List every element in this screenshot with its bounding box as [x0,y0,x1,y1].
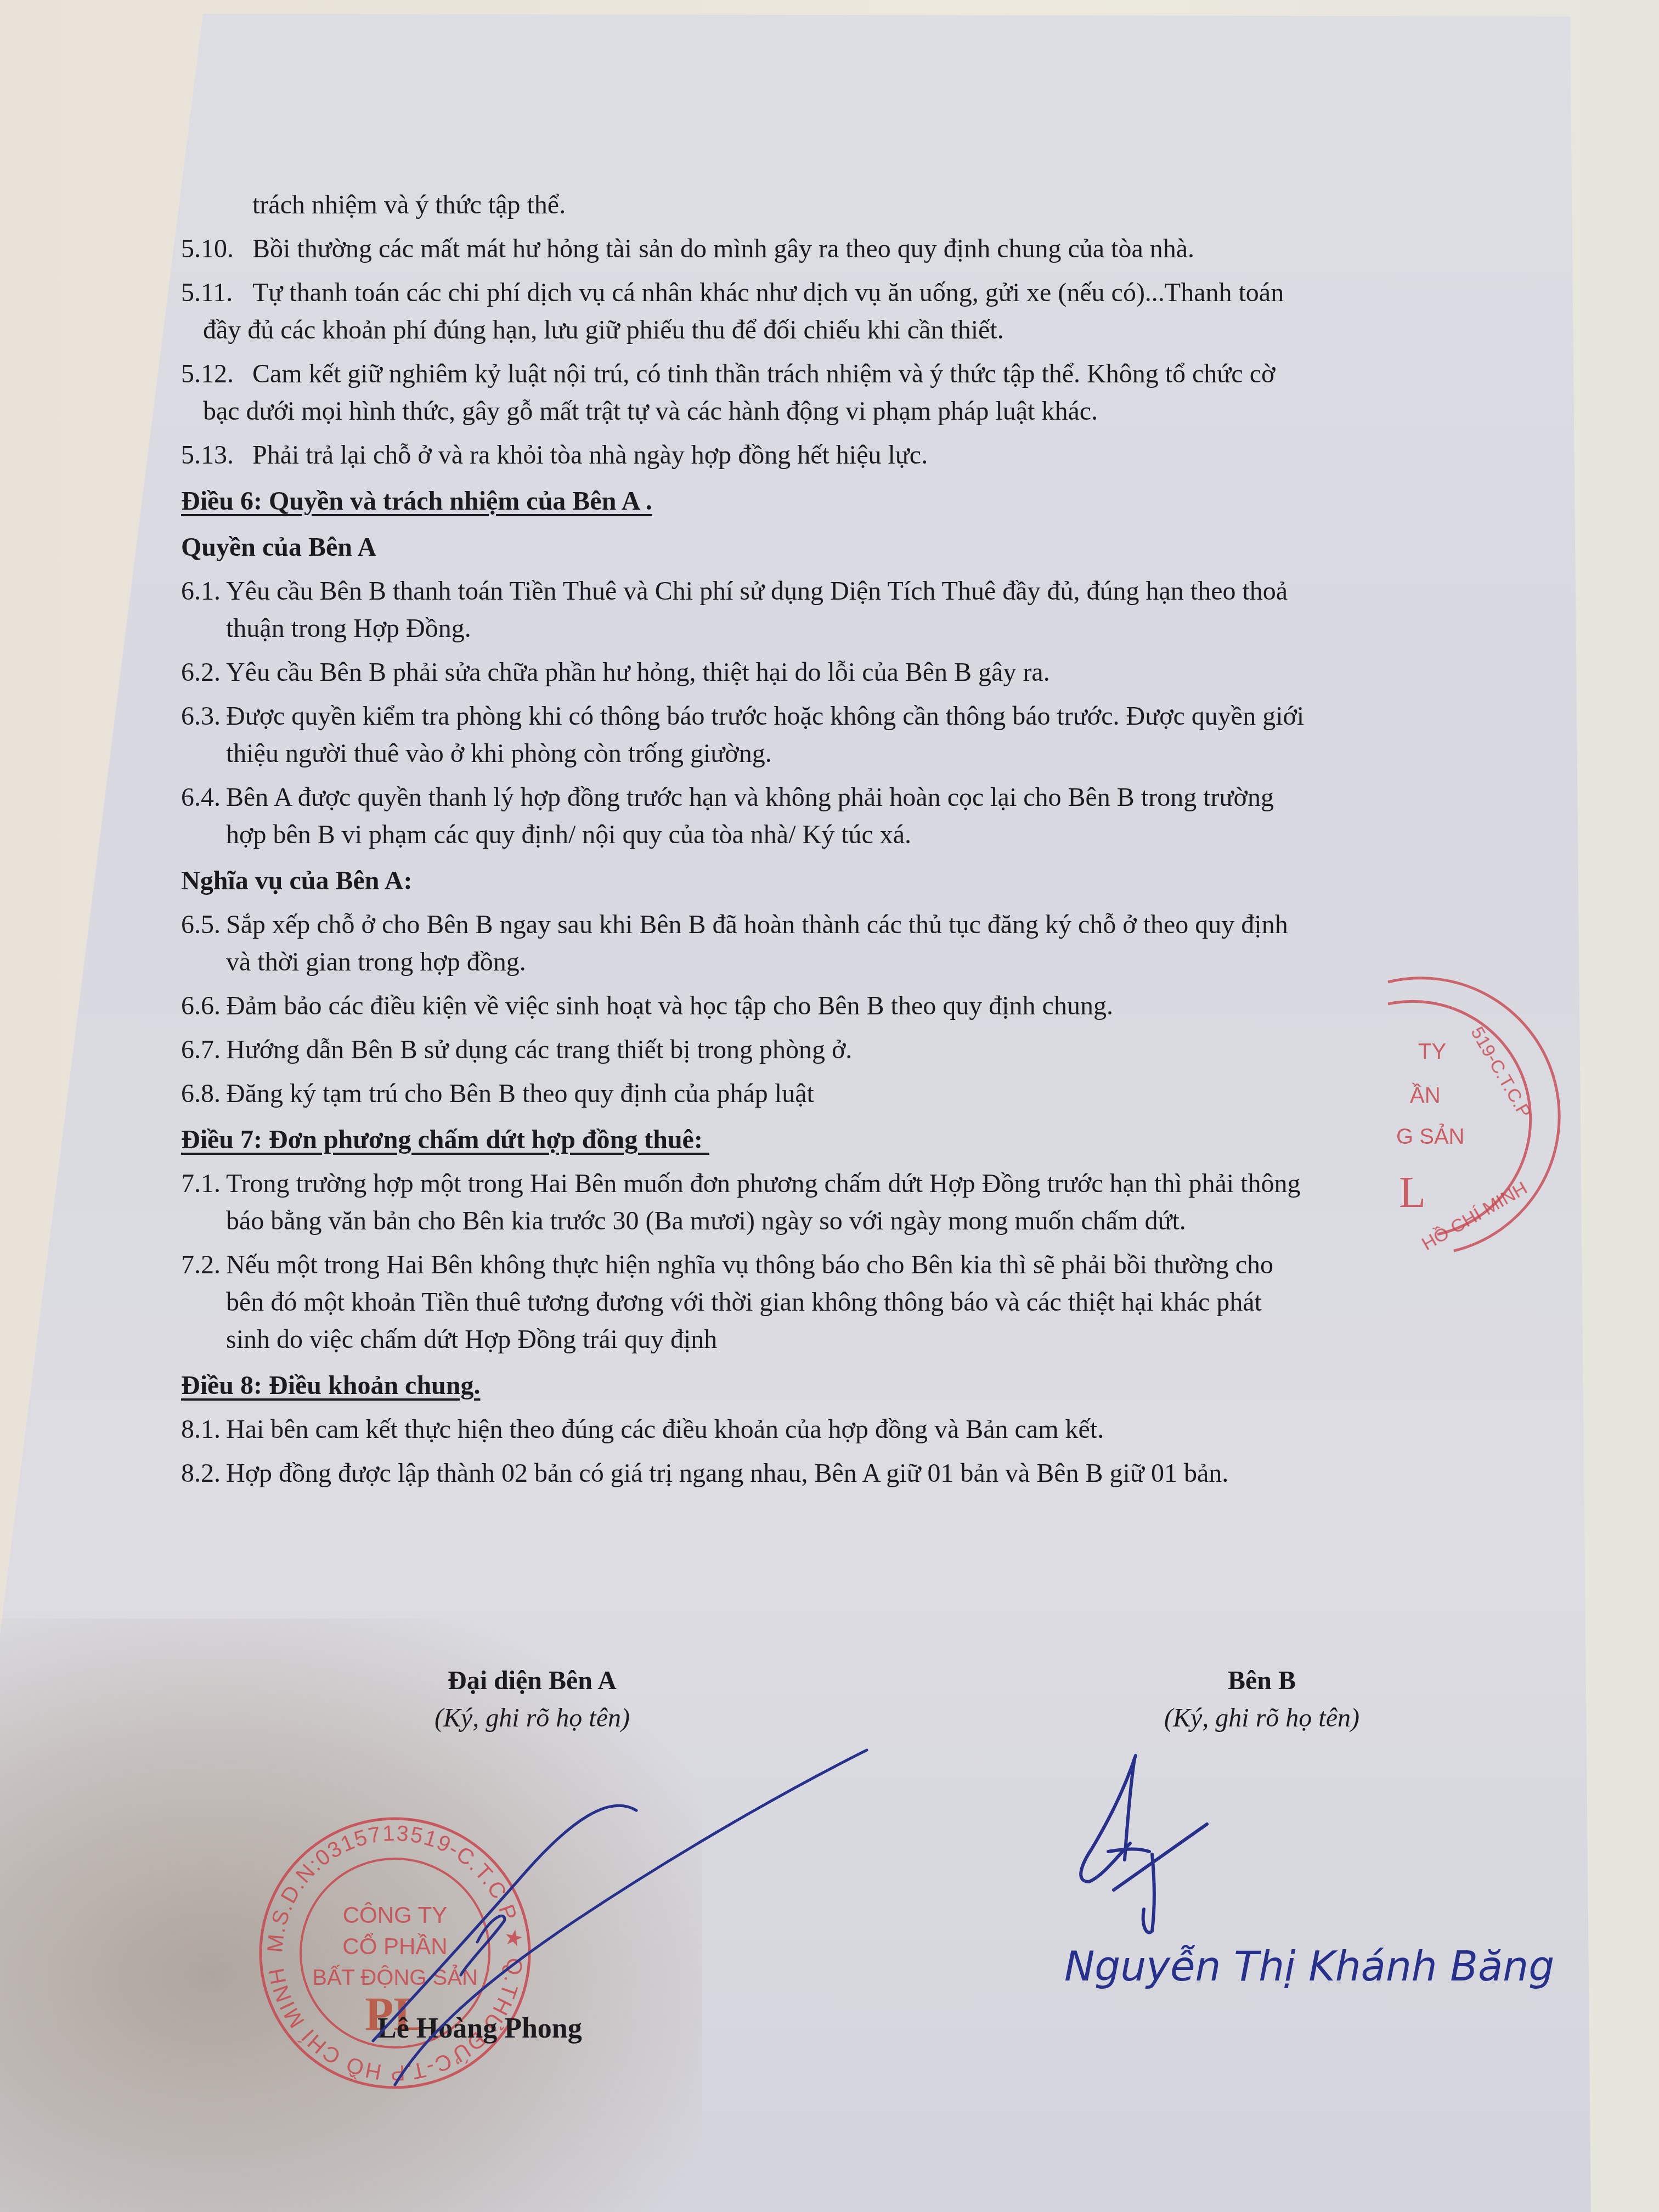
clause-item: 6.3.Được quyền kiểm tra phòng khi có thô… [181,698,1547,772]
clause-line: Bên A được quyền thanh lý hợp đồng trước… [226,779,1547,816]
clause-text: Được quyền kiểm tra phòng khi có thông b… [226,698,1547,772]
clause-number: 7.2. [181,1246,221,1358]
clause-number: 6.1. [181,573,221,647]
party-b-sign-hint: (Ký, ghi rõ họ tên) [1125,1700,1399,1737]
clause-item: 5.12.Cam kết giữ nghiêm kỷ luật nội trú,… [181,356,1547,430]
clause-line: sinh do việc chấm dứt Hợp Đồng trái quy … [226,1321,1547,1358]
party-a-sign-hint: (Ký, ghi rõ họ tên) [379,1700,686,1737]
clause-line: Tự thanh toán các chi phí dịch vụ cá nhâ… [252,274,1547,312]
continuation-line: trách nhiệm và ý thức tập thể. [181,187,1547,224]
clause-number: 6.3. [181,698,221,772]
clause-item: 5.10.Bồi thường các mất mát hư hỏng tài … [181,230,1547,268]
stamp-fragment: TY [1418,1040,1446,1064]
article-6-heading: Điều 6: Quyền và trách nhiệm của Bên A . [181,483,1547,520]
party-a-title: Đại diện Bên A [379,1662,686,1700]
clause-text: Sắp xếp chỗ ở cho Bên B ngay sau khi Bên… [226,906,1547,981]
clause-line: Cam kết giữ nghiêm kỷ luật nội trú, có t… [252,356,1547,393]
clause-number: 7.1. [181,1165,221,1240]
clause-line: Phải trả lại chỗ ở và ra khỏi tòa nhà ng… [252,437,1547,474]
clause-item: 5.13.Phải trả lại chỗ ở và ra khỏi tòa n… [181,437,1547,474]
clause-text: Bồi thường các mất mát hư hỏng tài sản d… [252,230,1547,268]
article-8-heading: Điều 8: Điều khoản chung. [181,1367,1547,1404]
party-b-title: Bên B [1125,1662,1399,1700]
clause-line: Được quyền kiểm tra phòng khi có thông b… [226,698,1547,735]
clause-item: 8.1.Hai bên cam kết thực hiện theo đúng … [181,1411,1547,1448]
clause-text: Yêu cầu Bên B phải sửa chữa phần hư hỏng… [226,654,1547,691]
company-stamp: M.S.D.N:0315713519-C.T.C.P ★ Q.THỦ ĐỨC-T… [252,1810,538,2096]
clause-item: 6.4.Bên A được quyền thanh lý hợp đồng t… [181,779,1547,854]
duties-of-party-a-title: Nghĩa vụ của Bên A: [181,862,1547,900]
clause-line: Yêu cầu Bên B phải sửa chữa phần hư hỏng… [226,654,1547,691]
clause-line: thiệu người thuê vào ở khi phòng còn trố… [226,735,1547,772]
clause-number: 6.2. [181,654,221,691]
clause-text: Nếu một trong Hai Bên không thực hiện ng… [226,1246,1547,1358]
stamp-line-2: CỔ PHẦN [342,1932,447,1959]
party-a-printed-name: Lê Hoàng Phong [377,2012,582,2045]
clause-line: Yêu cầu Bên B thanh toán Tiền Thuê và Ch… [226,573,1547,610]
clause-number: 6.4. [181,779,221,854]
clause-line: thuận trong Hợp Đồng. [226,610,1547,647]
clause-text: Cam kết giữ nghiêm kỷ luật nội trú, có t… [252,356,1547,430]
clause-line: hợp bên B vi phạm các quy định/ nội quy … [226,816,1547,854]
clause-text: Phải trả lại chỗ ở và ra khỏi tòa nhà ng… [252,437,1547,474]
clause-number: 6.7. [181,1031,221,1069]
party-b-signature: Băng Nguyễn Thị Khánh Băng [1042,1756,1536,2063]
clause-number: 8.2. [181,1455,221,1492]
clause-text: Yêu cầu Bên B thanh toán Tiền Thuê và Ch… [226,573,1547,647]
clause-item: 6.1.Yêu cầu Bên B thanh toán Tiền Thuê v… [181,573,1547,647]
clause-line: bên đó một khoản Tiền thuê tương đương v… [226,1284,1547,1321]
stamp-line-1: CÔNG TY [343,1902,448,1928]
clause-item: 7.2.Nếu một trong Hai Bên không thực hiệ… [181,1246,1547,1358]
clause-number: 6.6. [181,988,221,1025]
clause-line: Sắp xếp chỗ ở cho Bên B ngay sau khi Bên… [226,906,1547,944]
section-5-items: 5.10.Bồi thường các mất mát hư hỏng tài … [181,230,1547,474]
clause-number: 5.10. [181,230,252,268]
stamp-fragment: 519-C.T.C.P [1466,1023,1536,1121]
clause-number: 6.5. [181,906,221,981]
clause-item: 8.2.Hợp đồng được lập thành 02 bản có gi… [181,1455,1547,1492]
clause-text: Bên A được quyền thanh lý hợp đồng trước… [226,779,1547,854]
partial-company-stamp: TY ẦN G SẢN L HỒ CHÍ MINH 519-C.T.C.P [1262,977,1569,1262]
rights-of-party-a-title: Quyền của Bên A [181,529,1547,566]
rights-list: 6.1.Yêu cầu Bên B thanh toán Tiền Thuê v… [181,573,1547,854]
clause-line: đầy đủ các khoản phí đúng hạn, lưu giữ p… [203,312,1547,349]
party-b-signature-block: Bên B (Ký, ghi rõ họ tên) [1125,1662,1399,1737]
clause-item: 6.5.Sắp xếp chỗ ở cho Bên B ngay sau khi… [181,906,1547,981]
stamp-line-3: BẤT ĐỘNG SẢN [312,1965,478,1990]
party-a-signature-block: Đại diện Bên A (Ký, ghi rõ họ tên) [379,1662,686,1737]
clause-number: 8.1. [181,1411,221,1448]
clause-text: Tự thanh toán các chi phí dịch vụ cá nhâ… [252,274,1547,349]
clause-line: Bồi thường các mất mát hư hỏng tài sản d… [252,230,1547,268]
clause-line: bạc dưới mọi hình thức, gây gỗ mất trật … [203,393,1547,430]
party-b-handwritten-name: Nguyễn Thị Khánh Băng [1064,1943,1554,1990]
clause-text: Hợp đồng được lập thành 02 bản có giá tr… [226,1455,1547,1492]
article-8-items: 8.1.Hai bên cam kết thực hiện theo đúng … [181,1411,1547,1492]
clause-number: 5.13. [181,437,252,474]
clause-line: Hai bên cam kết thực hiện theo đúng các … [226,1411,1547,1448]
clause-item: 6.2.Yêu cầu Bên B phải sửa chữa phần hư … [181,654,1547,691]
clause-number: 6.8. [181,1075,221,1113]
clause-line: Hợp đồng được lập thành 02 bản có giá tr… [226,1455,1547,1492]
contract-body: trách nhiệm và ý thức tập thể. 5.10.Bồi … [181,187,1547,1492]
stamp-fragment: ẦN [1410,1082,1441,1108]
clause-line: và thời gian trong hợp đồng. [226,944,1547,981]
stamp-fragment: L [1399,1169,1426,1217]
clause-text: Hai bên cam kết thực hiện theo đúng các … [226,1411,1547,1448]
clause-item: 5.11.Tự thanh toán các chi phí dịch vụ c… [181,274,1547,349]
stamp-fragment: G SẢN [1396,1124,1464,1149]
